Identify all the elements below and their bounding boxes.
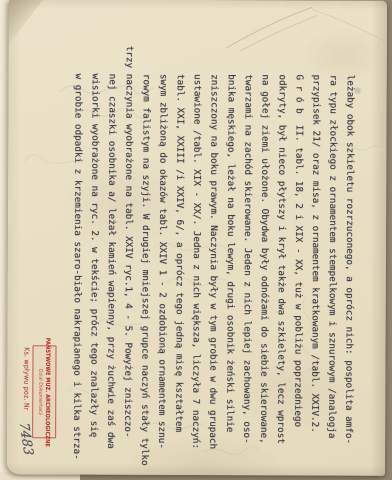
typewritten-line: rowym falistym na szyji. W drugiej mniej… xyxy=(136,66,155,478)
typewritten-line: odkryty, był nieco płytszy i krył także … xyxy=(272,66,291,478)
museum-stamp-name: PAŃSTWOWE MUZ. ARCHEOLOGICZNE xyxy=(44,337,51,446)
registry-row: Ks. wpływu poz. Nr 7483 xyxy=(18,347,30,455)
typewritten-line: swym zbliżoną do okazów tabl. XXIV 1 - 2… xyxy=(153,66,172,478)
typewritten-line: na gołej ziemi ułożone. Obydwa były odnó… xyxy=(255,66,274,478)
scanned-document-screenshot: { "document": { "lines": [ "leżaby obok … xyxy=(0,0,392,480)
typewritten-line: ra typu złockiego z ornamentem stempelko… xyxy=(323,67,342,479)
typewritten-line: tabl. XXI, XXIII /i XXIV, 6/, a oprócz t… xyxy=(170,66,189,478)
manuscript-page: leżaby obok szkieletu rozrzuconego, a op… xyxy=(7,0,387,476)
typewritten-line: nej czaszki osobnika a/ leżał kamień wap… xyxy=(102,66,121,478)
museum-stamp-block: PAŃSTWOWE MUZ. ARCHEOLOGICZNE Dział Doku… xyxy=(11,345,57,473)
museum-stamp-department: Dział Dokumentacji xyxy=(38,369,44,416)
typewritten-line: w grobie odpadki z krzemienia szaro-biał… xyxy=(68,65,87,477)
typewritten-line: przypisek 21/ oraz misa, z ornamentem kr… xyxy=(306,66,325,478)
typewritten-line: zniszczony na boku prawym. Naczynia były… xyxy=(204,66,223,478)
museum-stamp-border: PAŃSTWOWE MUZ. ARCHEOLOGICZNE Dział Doku… xyxy=(32,345,56,438)
typewritten-line: twarzami na zachód skierowane. Jeden z n… xyxy=(238,66,257,478)
typewritten-line-with-margin-word: trzy naczynia wyobrażone na tabl. XXIV r… xyxy=(119,66,138,478)
crease-lines xyxy=(226,7,384,52)
typewritten-text-block: leżaby obok szkieletu rozrzuconego, a op… xyxy=(68,65,360,478)
typewritten-line: leżaby obok szkieletu rozrzuconego, a op… xyxy=(340,67,359,479)
typewritten-line: wisiorki wyobrażone na ryc. 2. w tekście… xyxy=(85,66,104,478)
typewritten-line: ustawione /tabl. XIX - XX/. Jedna z nich… xyxy=(187,66,206,478)
typewritten-line: G r ó b II. tabl. 18, 2 i XIX - XX, tuż … xyxy=(289,66,308,478)
registry-label: Ks. wpływu poz. Nr xyxy=(23,347,31,410)
typewritten-line: bnika męskiego, leżał na boku lewym, dru… xyxy=(221,66,240,478)
folded-corner-shadow xyxy=(9,0,43,45)
